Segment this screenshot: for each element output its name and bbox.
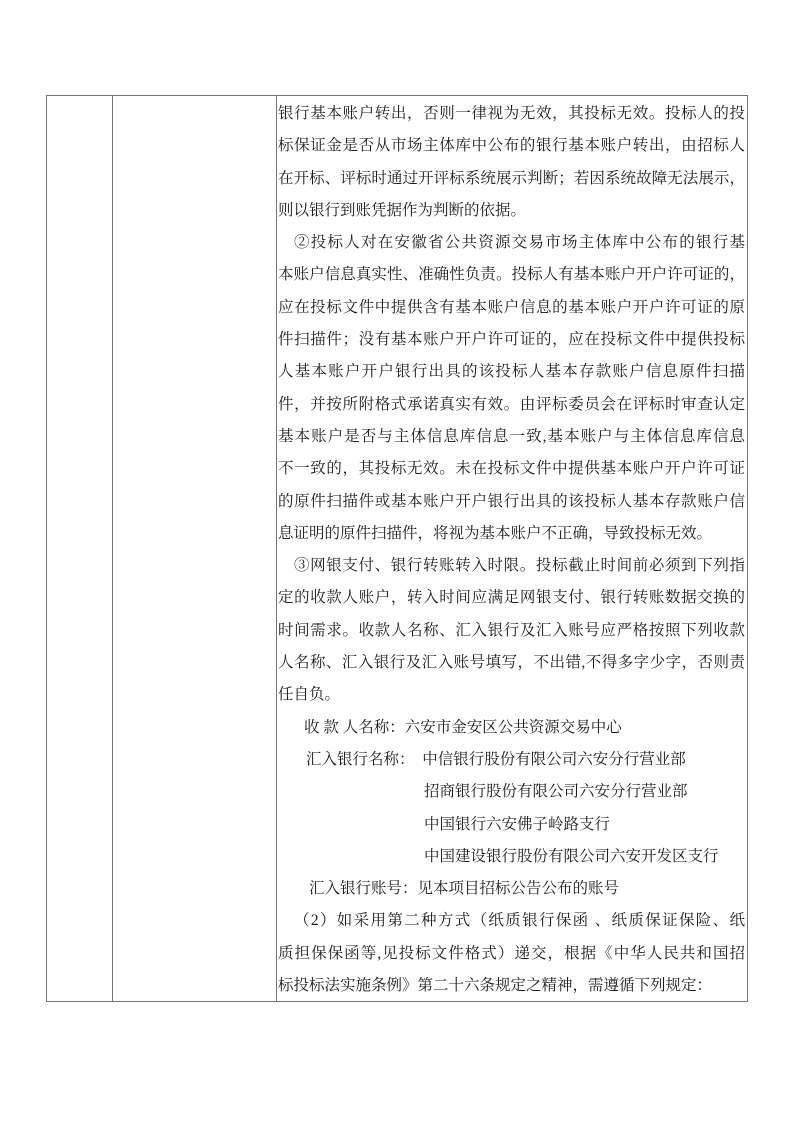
- text-line: 应在投标文件中提供含有基本账户信息的基本账户开户许可证的原: [278, 292, 745, 324]
- text-line: 中国银行六安佛子岭路支行: [278, 809, 745, 841]
- text-line: 时间需求。收款人名称、汇入银行及汇入账号应严格按照下列收款: [278, 615, 745, 647]
- document-page: 银行基本账户转出，否则一律视为无效，其投标无效。投标人的投标保证金是否从市场主体…: [0, 0, 794, 1122]
- text-line: 件，并按所附格式承诺真实有效。由评标委员会在评标时审查认定: [278, 389, 745, 421]
- text-line: 招商银行股份有限公司六安分行营业部: [278, 776, 745, 808]
- text-line: 定的收款人账户，转入时间应满足网银支付、银行转账数据交换的: [278, 582, 745, 614]
- text-line: （2）如采用第二种方式（纸质银行保函 、纸质保证保险、纸: [278, 905, 745, 937]
- text-line: 件扫描件；没有基本账户开户许可证的，应在投标文件中提供投标: [278, 324, 745, 356]
- text-line: 则以银行到账凭据作为判断的依据。: [278, 195, 745, 227]
- text-line: 的原件扫描件或基本账户开户银行出具的该投标人基本存款账户信: [278, 486, 745, 518]
- text-line: 标保证金是否从市场主体库中公布的银行基本账户转出，由招标人: [278, 130, 745, 162]
- table-cell-middle: [113, 96, 277, 1001]
- text-line: ②投标人对在安徽省公共资源交易市场主体库中公布的银行基: [278, 227, 745, 259]
- content-lines: 银行基本账户转出，否则一律视为无效，其投标无效。投标人的投标保证金是否从市场主体…: [278, 98, 745, 1001]
- text-line: 质担保保函等,见投标文件格式）递交，根据《中华人民共和国招: [278, 938, 745, 970]
- text-line: 不一致的，其投标无效。未在投标文件中提供基本账户开户许可证: [278, 453, 745, 485]
- text-line: ③网银支付、银行转账转入时限。投标截止时间前必须到下列指: [278, 550, 745, 582]
- text-line: 汇入银行名称： 中信银行股份有限公司六安分行营业部: [278, 744, 745, 776]
- text-line: 标投标法实施条例》第二十六条规定之精神，需遵循下列规定：: [278, 970, 745, 1001]
- text-line: 人基本账户开户银行出具的该投标人基本存款账户信息原件扫描: [278, 356, 745, 388]
- text-line: 中国建设银行股份有限公司六安开发区支行: [278, 841, 745, 873]
- text-line: 人名称、汇入银行及汇入账号填写，不出错,不得多字少字，否则责: [278, 647, 745, 679]
- text-line: 银行基本账户转出，否则一律视为无效，其投标无效。投标人的投: [278, 98, 745, 130]
- text-line: 息证明的原件扫描件，将视为基本账户不正确，导致投标无效。: [278, 518, 745, 550]
- text-line: 收 款 人名称：六安市金安区公共资源交易中心: [278, 712, 745, 744]
- document-table: 银行基本账户转出，否则一律视为无效，其投标无效。投标人的投标保证金是否从市场主体…: [46, 95, 748, 1002]
- text-line: 汇入银行账号：见本项目招标公告公布的账号: [278, 873, 745, 905]
- text-line: 在开标、评标时通过开评标系统展示判断；若因系统故障无法展示，: [278, 163, 745, 195]
- table-cell-content: 银行基本账户转出，否则一律视为无效，其投标无效。投标人的投标保证金是否从市场主体…: [277, 96, 747, 1001]
- text-line: 本账户信息真实性、准确性负责。投标人有基本账户开户许可证的，: [278, 259, 745, 291]
- text-line: 基本账户是否与主体信息库信息一致,基本账户与主体信息库信息: [278, 421, 745, 453]
- text-line: 任自负。: [278, 679, 745, 711]
- table-cell-left: [47, 96, 113, 1001]
